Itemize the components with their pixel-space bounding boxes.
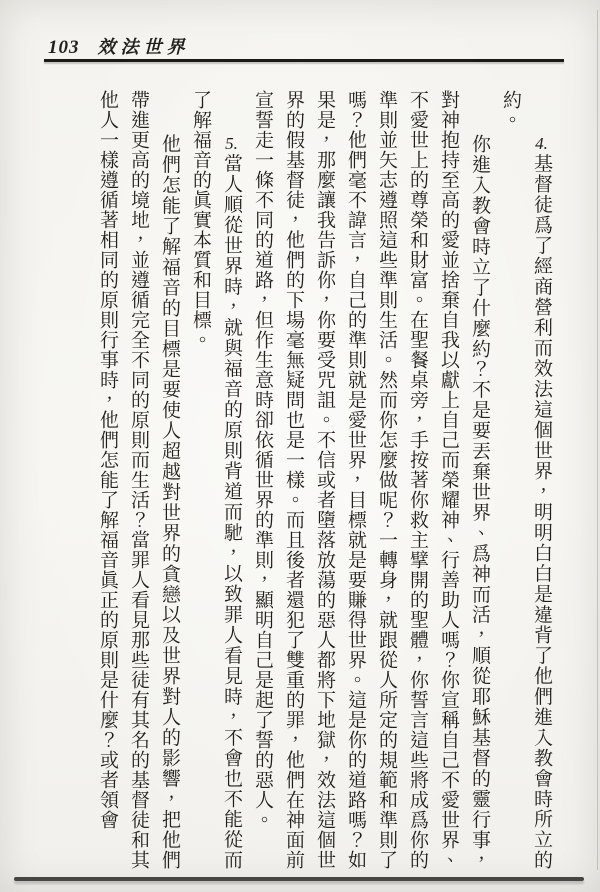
body-text: 4.基督徒爲了經商營利而效法這個世界，明明白白是違背了他們進入教會時所立的約。 … (92, 90, 557, 870)
page-header: 103 效法世界 (48, 33, 190, 59)
paragraph-covenant-question: 你進入教會時立了什麼約？不是要丟棄世界、爲神而活，順從耶穌基督的靈行事，對神抱持… (247, 90, 495, 870)
book-page: 103 效法世界 4.基督徒爲了經商營利而效法這個世界，明明白白是違背了他們進入… (0, 0, 600, 892)
paragraph-text: 當人順從世界時，就與福音的原則背道而馳，以致罪人看見時，不會也不能從而了解福音的… (190, 90, 242, 870)
paragraph-number-4: 4. (532, 134, 551, 153)
paragraph-item-4: 4.基督徒爲了經商營利而效法這個世界，明明白白是違背了他們進入教會時所立的約。 (495, 90, 557, 870)
scan-edge-artifact-bottom (14, 877, 584, 881)
paragraph-item-5: 5.當人順從世界時，就與福音的原則背道而馳，以致罪人看見時，不會也不能從而了解福… (185, 90, 247, 870)
paragraph-text: 他們怎能了解福音的目標是要使人超越對世界的貪戀以及世界對人的影響，把他們帶進更高… (97, 90, 180, 870)
paragraph-text: 你進入教會時立了什麼約？不是要丟棄世界、爲神而活，順從耶穌基督的靈行事，對神抱持… (252, 90, 490, 870)
header-rule (44, 59, 564, 62)
page-number: 103 (48, 37, 80, 59)
scan-edge-artifact-right (597, 10, 598, 870)
paragraph-gospel-aim: 他們怎能了解福音的目標是要使人超越對世界的貪戀以及世界對人的影響，把他們帶進更高… (92, 90, 185, 870)
paragraph-text: 基督徒爲了經商營利而效法這個世界，明明白白是違背了他們進入教會時所立的約。 (500, 90, 552, 870)
running-title: 效法世界 (98, 33, 190, 59)
paragraph-number-5: 5. (222, 134, 241, 153)
